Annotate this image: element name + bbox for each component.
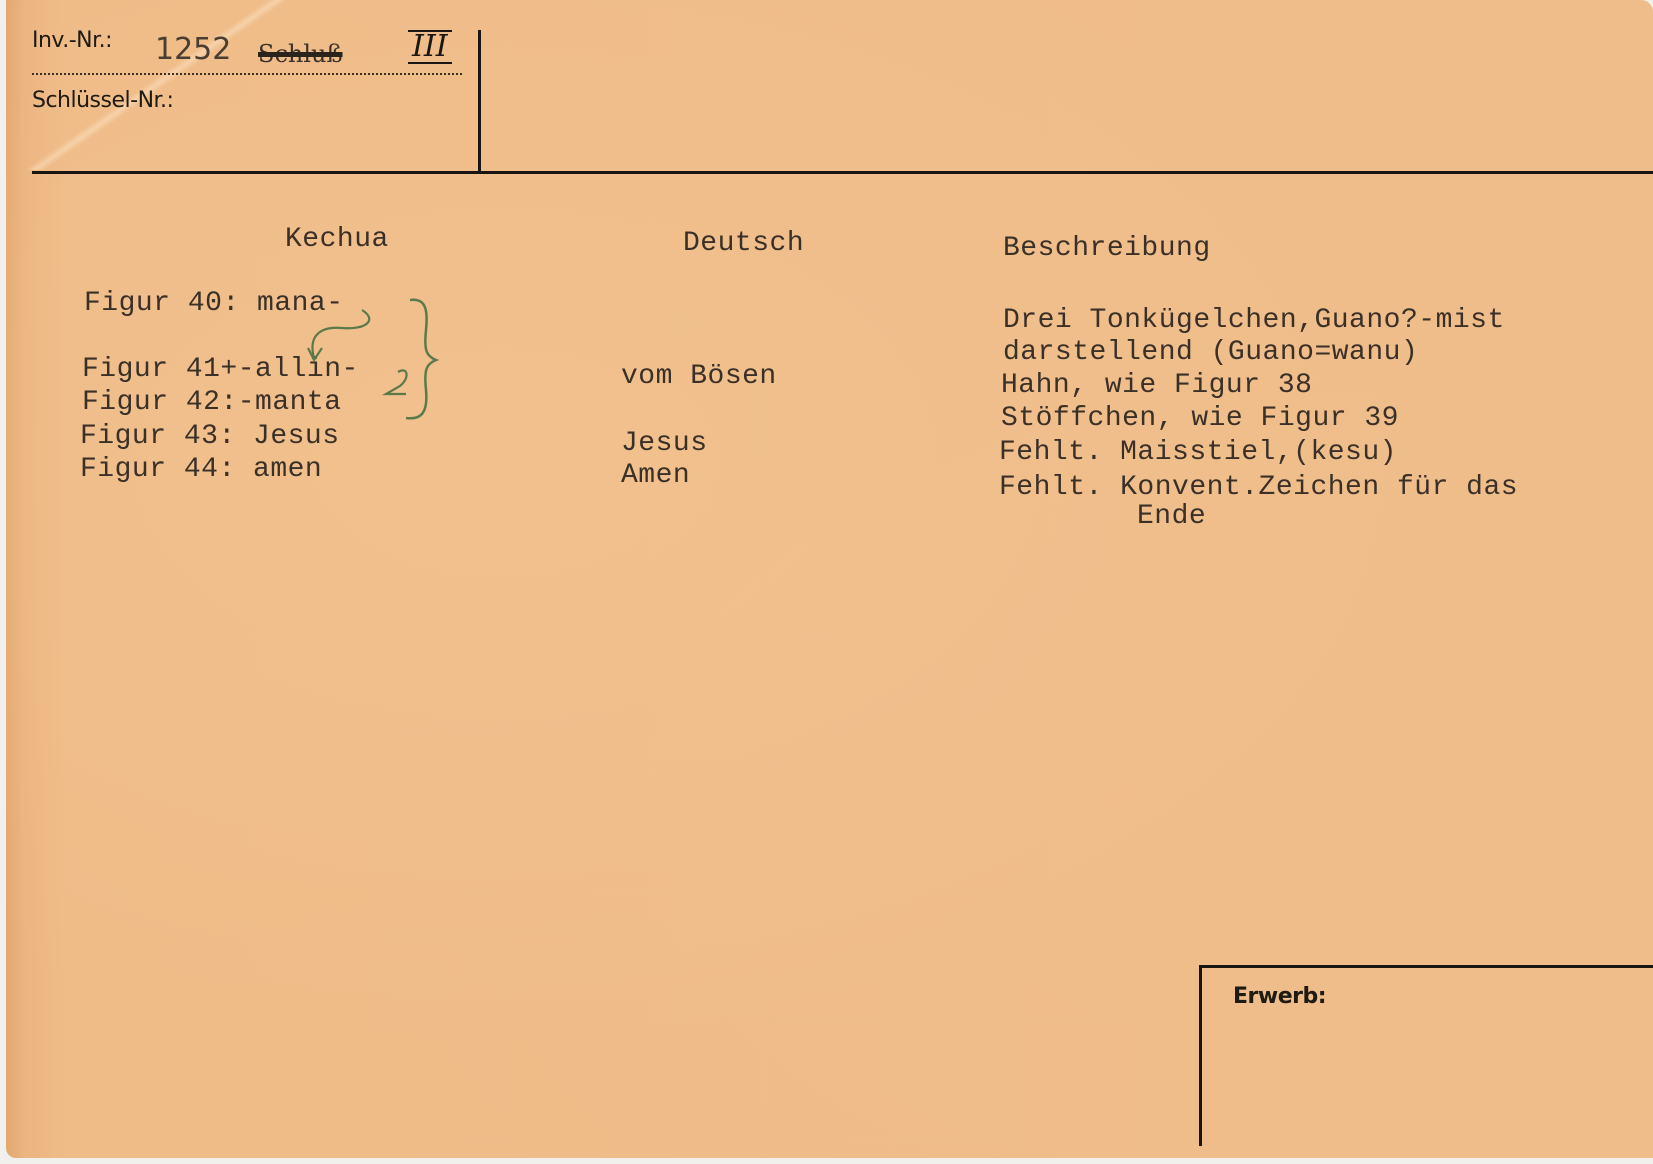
schluessel-nr-label: Schlüssel-Nr.:	[32, 88, 173, 113]
deutsch-row: Amen	[621, 462, 690, 490]
beschreibung-row: darstellend (Guano=wanu)	[1003, 339, 1418, 367]
inv-nr-label: Inv.-Nr.:	[32, 28, 112, 53]
deutsch-row: Jesus	[621, 430, 708, 458]
beschreibung-row: Fehlt. Konvent.Zeichen für das	[999, 474, 1518, 502]
acquisition-box-top-border	[1199, 965, 1653, 968]
beschreibung-row: Stöffchen, wie Figur 39	[1001, 405, 1399, 433]
beschreibung-row: Drei Tonkügelchen,Guano?-mist	[1003, 307, 1505, 335]
struck-text: Schluß	[258, 40, 343, 68]
header-vertical-divider	[478, 30, 481, 172]
column-header-beschreibung: Beschreibung	[1003, 235, 1211, 263]
header-horizontal-divider	[32, 171, 1653, 174]
deutsch-row: vom Bösen	[621, 363, 777, 391]
kechua-row: Figur 44: amen	[80, 456, 322, 484]
column-header-kechua: Kechua	[285, 226, 389, 254]
inv-dotted-line	[32, 73, 462, 75]
inv-nr-value: 1252	[155, 32, 231, 67]
paper-crease	[16, 0, 296, 170]
beschreibung-row: Hahn, wie Figur 38	[1001, 372, 1312, 400]
column-header-deutsch: Deutsch	[683, 230, 804, 258]
acquisition-box-left-border	[1199, 965, 1202, 1146]
index-card: Inv.-Nr.: 1252 Schluß III Schlüssel-Nr.:…	[6, 0, 1653, 1158]
handwritten-brace-annotation	[286, 290, 456, 430]
beschreibung-row: Ende	[1137, 503, 1206, 531]
handwritten-roman-numeral: III	[408, 30, 452, 64]
acquisition-label: Erwerb:	[1233, 984, 1326, 1009]
beschreibung-row: Fehlt. Maisstiel,(kesu)	[999, 439, 1397, 467]
